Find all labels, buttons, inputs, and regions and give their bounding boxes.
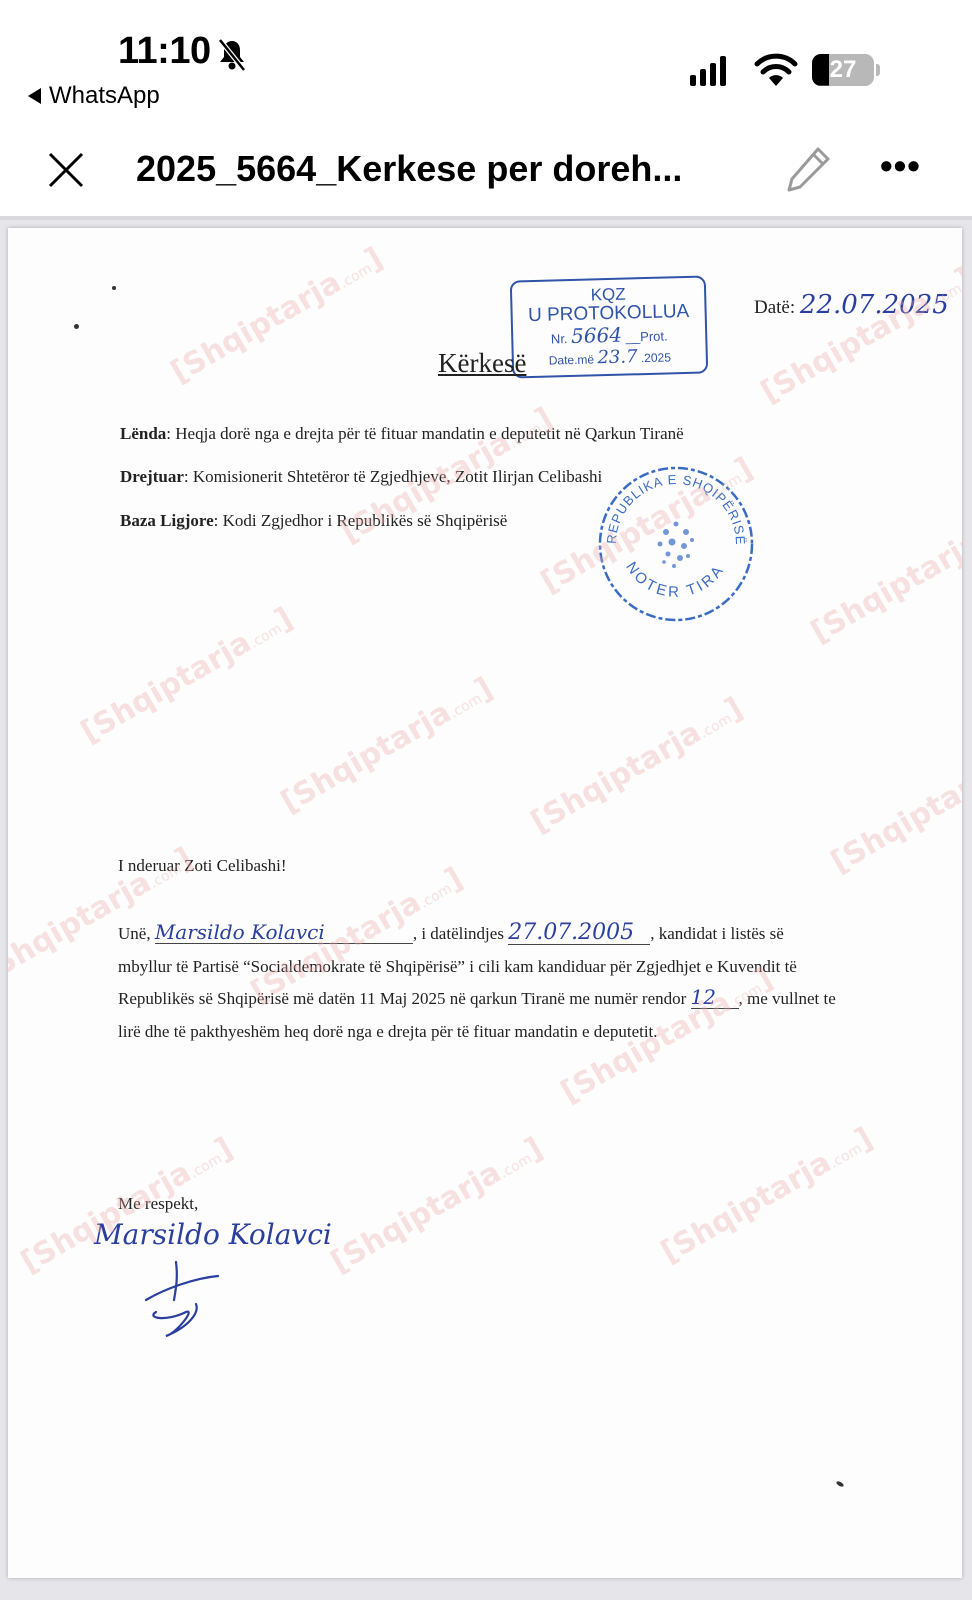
- stamp-nr-value: 5664: [571, 323, 623, 348]
- kqz-protocol-stamp: KQZ U PROTOKOLLUA Nr. 5664 __Prot. Date.…: [510, 275, 708, 378]
- name-fill: Marsildo Kolavci: [155, 921, 413, 944]
- back-to-app-button[interactable]: WhatsApp: [28, 82, 160, 110]
- watermark: [Shqiptarja.com]: [825, 731, 962, 880]
- addressed-text: : Komisionerit Shtetëror të Zgjedhjeve, …: [184, 467, 602, 486]
- signature-name: Marsildo Kolavci: [94, 1218, 332, 1251]
- date-label: Datë:: [754, 297, 795, 318]
- stamp-date-value: 23.7: [597, 346, 638, 368]
- scan-speck: [74, 324, 79, 329]
- closing: Me respekt,: [118, 1194, 198, 1214]
- subject-label: Lënda: [120, 424, 166, 443]
- scan-speck: [112, 286, 116, 290]
- battery-icon: 27: [812, 54, 874, 86]
- pencil-icon[interactable]: [784, 144, 834, 194]
- birthdate-fill: 27.07.2005: [508, 922, 650, 945]
- body-text-2: , i datëlindjes: [413, 924, 508, 943]
- request-body: Unë, Marsildo Kolavci, i datëlindjes 27.…: [118, 918, 838, 1048]
- scan-speck: [836, 1480, 845, 1487]
- addressed-label: Drejtuar: [120, 467, 184, 486]
- watermark: [Shqiptarja.com]: [75, 601, 299, 750]
- document-date: Datë: 22.07.2025: [754, 290, 949, 320]
- salutation: I nderuar Zoti Celibashi!: [118, 856, 287, 876]
- stamp-nr-label: Nr.: [551, 331, 568, 346]
- stamp-prot-label: Prot.: [640, 328, 668, 344]
- legal-basis-line: Baza Ligjore: Kodi Zgjedhor i Republikës…: [120, 511, 507, 531]
- battery-nub: [876, 64, 880, 76]
- watermark: [Shqiptarja.com]: [275, 671, 499, 820]
- document-title: 2025_5664_Kerkese per doreh...: [136, 148, 726, 190]
- signature-mark: [136, 1258, 226, 1338]
- legal-basis-label: Baza Ligjore: [120, 511, 214, 530]
- document-heading: Kërkesë: [438, 348, 526, 379]
- close-icon[interactable]: [44, 148, 88, 192]
- subject-text: : Heqja dorë nga e drejta për të fituar …: [166, 424, 683, 443]
- subject-line: Lënda: Heqja dorë nga e drejta për të fi…: [120, 424, 684, 444]
- more-options-button[interactable]: •••: [880, 146, 930, 186]
- stamp-date-row: Date.më 23.7 .2025: [514, 346, 706, 370]
- order-number-fill: 12: [691, 986, 739, 1009]
- clock: 11:10: [118, 30, 211, 73]
- stamp-year: .2025: [641, 350, 671, 365]
- wifi-icon: [754, 52, 798, 88]
- svg-text:REPUBLIKA E SHQIPËRISË: REPUBLIKA E SHQIPËRISË: [604, 472, 748, 546]
- document-viewer[interactable]: KQZ U PROTOKOLLUA Nr. 5664 __Prot. Date.…: [0, 220, 972, 1600]
- watermark: [Shqiptarja.com]: [655, 1121, 879, 1270]
- document-page: KQZ U PROTOKOLLUA Nr. 5664 __Prot. Date.…: [8, 228, 962, 1578]
- watermark: [Shqiptarja.com]: [525, 691, 749, 840]
- notary-seal: REPUBLIKA E SHQIPËRISË NOTER TIRANË: [594, 462, 758, 626]
- back-arrow-icon: [28, 88, 41, 104]
- document-header: 2025_5664_Kerkese per doreh... •••: [0, 130, 972, 216]
- status-bar: 11:10 WhatsApp 27: [0, 0, 972, 120]
- watermark: [Shqiptarja.com]: [755, 261, 962, 410]
- legal-basis-text: : Kodi Zgjedhor i Republikës së Shqipëri…: [214, 511, 508, 530]
- date-value: 22.07.2025: [800, 290, 949, 320]
- stamp-date-label: Date.më: [549, 352, 595, 367]
- cellular-signal-icon: [690, 54, 726, 86]
- battery-level: 27: [812, 54, 874, 86]
- watermark: [Shqiptarja.com]: [805, 501, 962, 650]
- body-text-1: Unë,: [118, 924, 155, 943]
- watermark: [Shqiptarja.com]: [325, 1131, 549, 1280]
- bell-slash-icon: [214, 38, 250, 72]
- watermark: [Shqiptarja.com]: [165, 241, 389, 390]
- back-app-label: WhatsApp: [49, 82, 160, 110]
- addressed-line: Drejtuar: Komisionerit Shtetëror të Zgje…: [120, 467, 602, 487]
